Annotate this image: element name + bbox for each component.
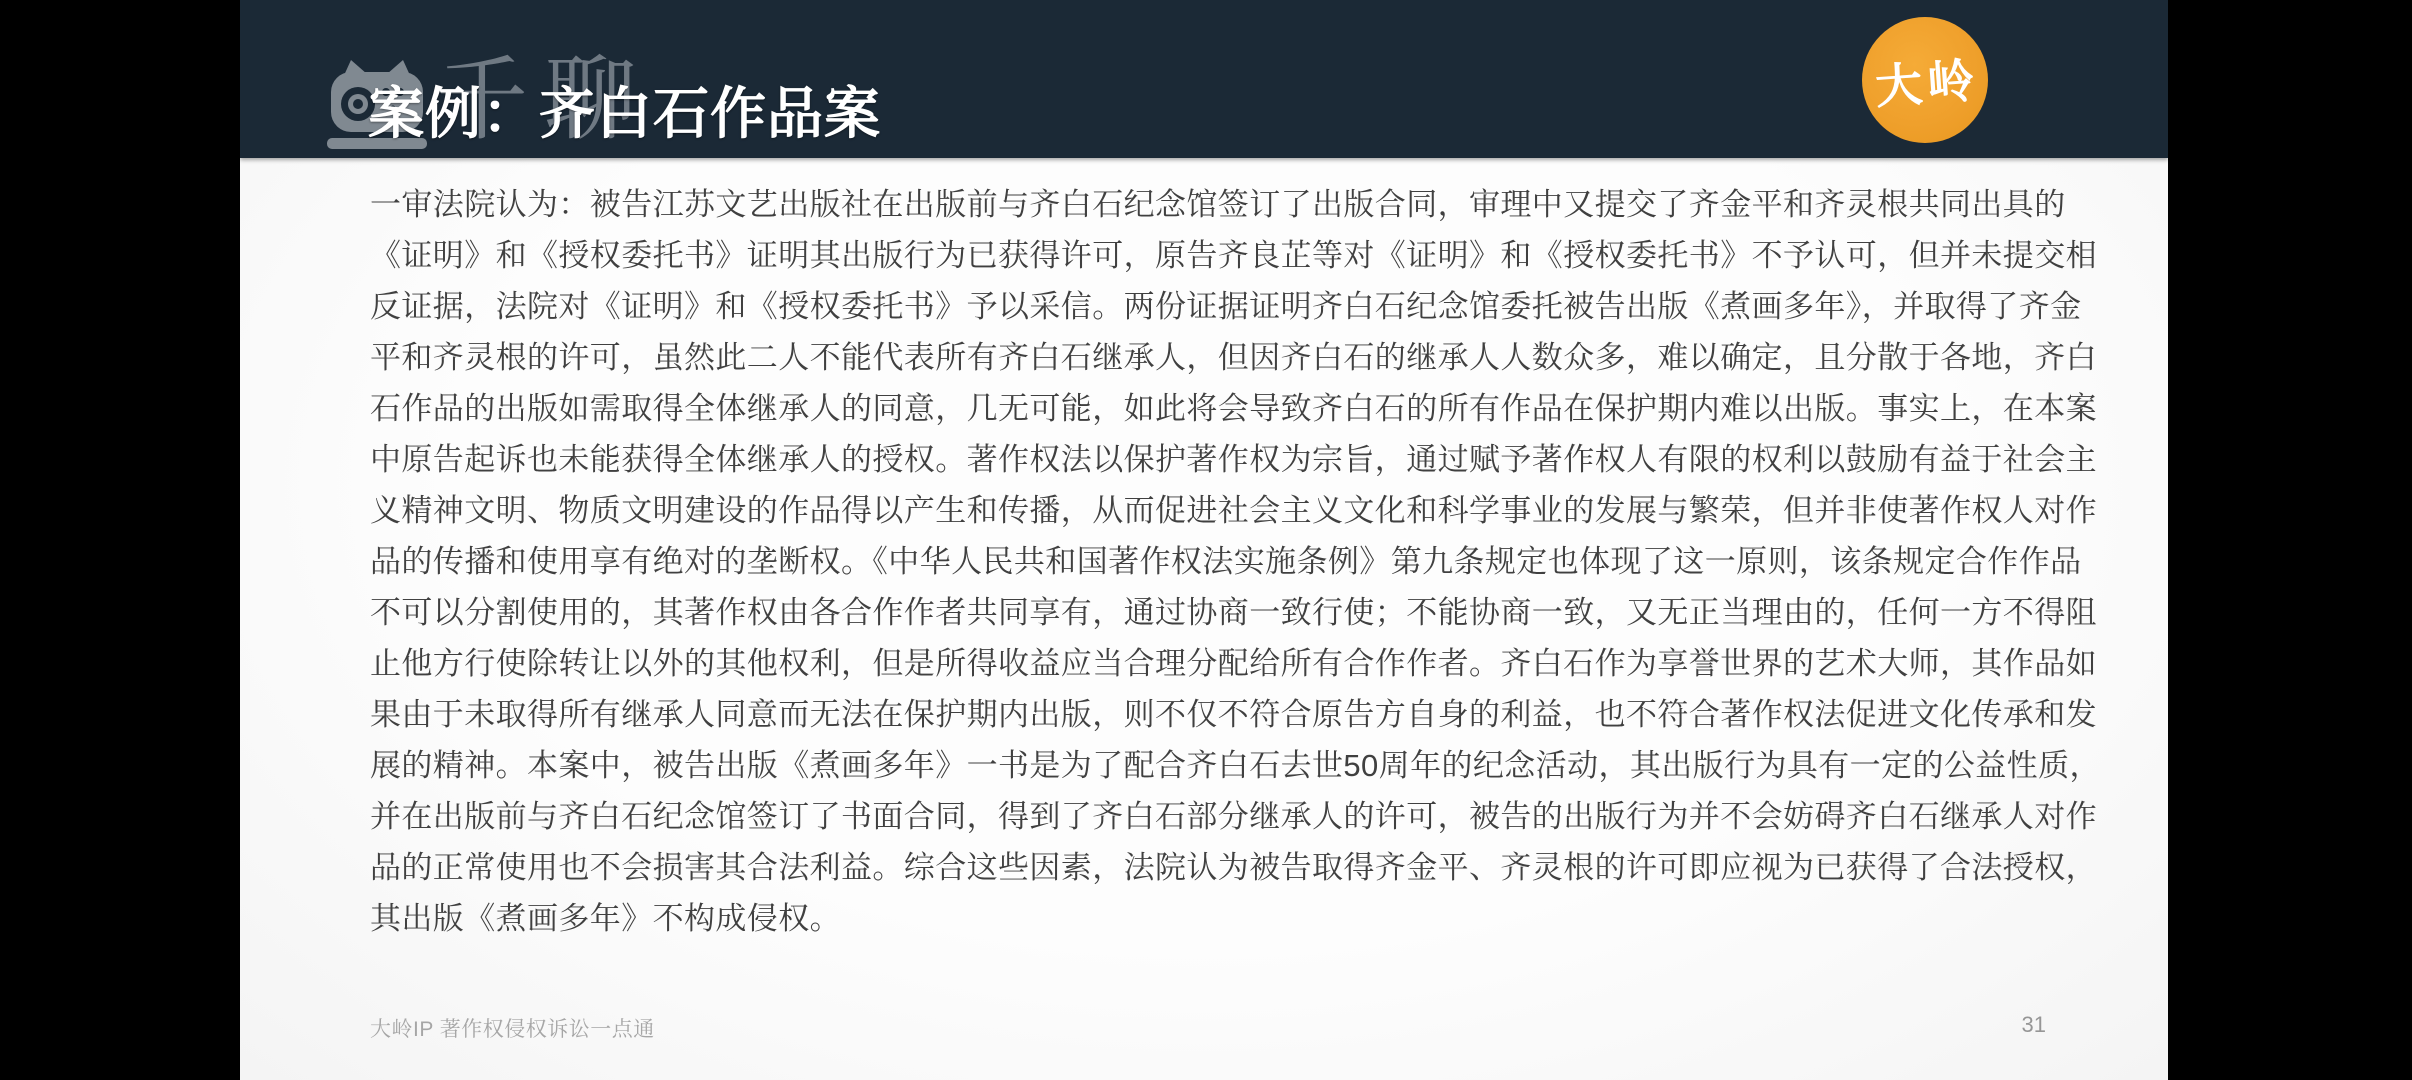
body-text-line: 其出版《煮画多年》不构成侵权。 [370,893,2052,944]
body-text-line: 《证明》和《授权委托书》证明其出版行为已获得许可，原告齐良芷等对《证明》和《授权… [370,230,2052,281]
body-text-line: 果由于未取得所有继承人同意而无法在保护期内出版，则不仅不符合原告方自身的利益，也… [370,689,2052,740]
body-text-line: 义精神文明、物质文明建设的作品得以产生和传播，从而促进社会主义文化和科学事业的发… [370,485,2052,536]
body-text-line: 一审法院认为：被告江苏文艺出版社在出版前与齐白石纪念馆签订了出版合同，审理中又提… [370,179,2052,230]
body-text-line: 平和齐灵根的许可，虽然此二人不能代表所有齐白石继承人，但因齐白石的继承人人数众多… [370,332,2052,383]
footer-brand-text: 大岭IP 著作权侵权诉讼一点通 [370,1013,655,1043]
slide-title: 案例：齐白石作品案 [368,84,881,144]
body-text-line: 中原告起诉也未能获得全体继承人的授权。著作权法以保护著作权为宗旨，通过赋予著作权… [370,434,2052,485]
page-number: 31 [2022,1012,2046,1038]
presentation-slide: 千聊 案例：齐白石作品案 大岭 一审法院认为：被告江苏文艺出版社在出版前与齐白石… [240,0,2168,1080]
daling-logo: 大岭 [1862,17,1988,143]
body-text-line: 石作品的出版如需取得全体继承人的同意，几无可能，如此将会导致齐白石的所有作品在保… [370,383,2052,434]
video-frame: 千聊 案例：齐白石作品案 大岭 一审法院认为：被告江苏文艺出版社在出版前与齐白石… [0,0,2412,1080]
daling-logo-text: 大岭 [1873,43,1981,117]
body-text-line: 不可以分割使用的，其著作权由各合作作者共同享有，通过协商一致行使；不能协商一致，… [370,587,2052,638]
body-text-line: 反证据，法院对《证明》和《授权委托书》予以采信。两份证据证明齐白石纪念馆委托被告… [370,281,2052,332]
body-text-line: 品的正常使用也不会损害其合法利益。综合这些因素，法院认为被告取得齐金平、齐灵根的… [370,842,2052,893]
body-text-line: 止他方行使除转让以外的其他权利，但是所得收益应当合理分配给所有合作作者。齐白石作… [370,638,2052,689]
body-text-line: 品的传播和使用享有绝对的垄断权。《中华人民共和国著作权法实施条例》第九条规定也体… [370,536,2052,587]
slide-header: 千聊 案例：齐白石作品案 大岭 [240,0,2168,158]
body-text-line: 展的精神。本案中，被告出版《煮画多年》一书是为了配合齐白石去世50周年的纪念活动… [370,740,2052,791]
body-text-line: 并在出版前与齐白石纪念馆签订了书面合同，得到了齐白石部分继承人的许可，被告的出版… [370,791,2052,842]
case-ruling-paragraph: 一审法院认为：被告江苏文艺出版社在出版前与齐白石纪念馆签订了出版合同，审理中又提… [370,179,2052,944]
